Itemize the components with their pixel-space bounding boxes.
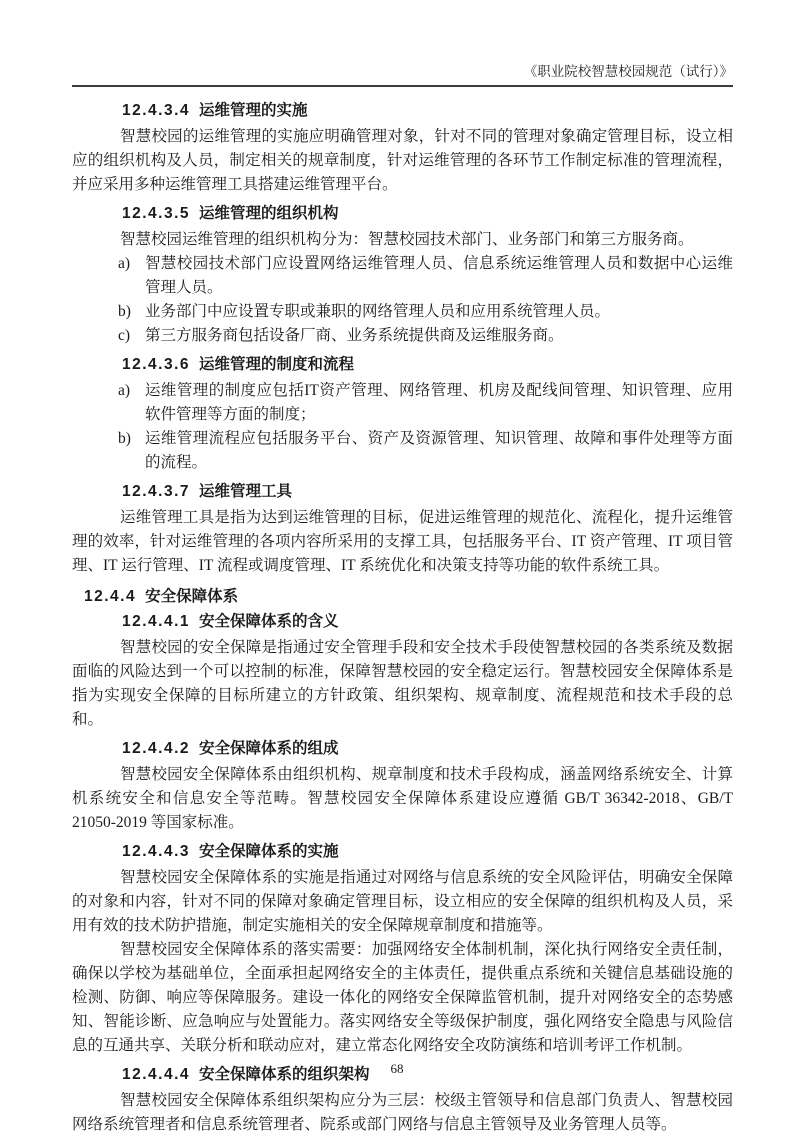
section-heading-12-4-4-1: 12.4.4.1安全保障体系的含义 [122,613,733,630]
section-number: 12.4.4.1 [122,613,190,630]
section-heading-12-4-3-5: 12.4.3.5运维管理的组织机构 [122,205,733,222]
section-number: 12.4.3.7 [122,483,190,500]
section-number: 12.4.4.3 [122,843,190,860]
paragraph: 智慧校园运维管理的组织机构分为：智慧校园技术部门、业务部门和第三方服务商。 [72,228,733,252]
list-marker: c) [118,324,145,348]
list-item: a) 智慧校园技术部门应设置网络运维管理人员、信息系统运维管理人员和数据中心运维… [118,252,733,300]
section-title: 安全保障体系的组成 [199,740,339,757]
section-title: 安全保障体系的实施 [199,843,339,860]
section-number: 12.4.3.4 [122,102,190,119]
paragraph: 智慧校园安全保障体系由组织机构、规章制度和技术手段构成，涵盖网络系统安全、计算机… [72,763,733,835]
section-heading-12-4-3-4: 12.4.3.4运维管理的实施 [122,102,733,119]
paragraph: 智慧校园的运维管理的实施应明确管理对象，针对不同的管理对象确定管理目标，设立相应… [72,125,733,197]
lettered-list: a) 运维管理的制度应包括IT资产管理、网络管理、机房及配线间管理、知识管理、应… [118,379,733,475]
list-item: c) 第三方服务商包括设备厂商、业务系统提供商及运维服务商。 [118,324,733,348]
list-item-text: 第三方服务商包括设备厂商、业务系统提供商及运维服务商。 [145,324,733,348]
section-number: 12.4.4 [84,588,136,605]
list-item: a) 运维管理的制度应包括IT资产管理、网络管理、机房及配线间管理、知识管理、应… [118,379,733,427]
section-title: 运维管理工具 [199,483,292,500]
section-title: 安全保障体系 [145,588,238,605]
list-marker: a) [118,252,145,300]
section-number: 12.4.4.2 [122,740,190,757]
paragraph: 智慧校园安全保障体系的实施是指通过对网络与信息系统的安全风险评估，明确安全保障的… [72,866,733,938]
list-marker: b) [118,300,145,324]
paragraph: 智慧校园安全保障体系的落实需要：加强网络安全体制机制，深化执行网络安全责任制，确… [72,938,733,1058]
page-footer: 68 [0,1061,794,1077]
page-body: 12.4.3.4运维管理的实施 智慧校园的运维管理的实施应明确管理对象，针对不同… [72,94,733,1131]
list-marker: a) [118,379,145,427]
list-marker: b) [118,427,145,475]
paragraph: 运维管理工具是指为达到运维管理的目标，促进运维管理的规范化、流程化，提升运维管理… [72,506,733,578]
section-title: 运维管理的组织机构 [199,205,339,222]
list-item: b) 运维管理流程应包括服务平台、资产及资源管理、知识管理、故障和事件处理等方面… [118,427,733,475]
paragraph: 智慧校园的安全保障是指通过安全管理手段和安全技术手段使智慧校园的各类系统及数据面… [72,636,733,732]
lettered-list: a) 智慧校园技术部门应设置网络运维管理人员、信息系统运维管理人员和数据中心运维… [118,252,733,348]
list-item-text: 业务部门中应设置专职或兼职的网络管理人员和应用系统管理人员。 [145,300,733,324]
section-title: 运维管理的实施 [199,102,308,119]
list-item-text: 运维管理流程应包括服务平台、资产及资源管理、知识管理、故障和事件处理等方面的流程… [145,427,733,475]
paragraph: 智慧校园安全保障体系组织架构应分为三层：校级主管领导和信息部门负责人、智慧校园网… [72,1089,733,1131]
list-item-text: 运维管理的制度应包括IT资产管理、网络管理、机房及配线间管理、知识管理、应用软件… [145,379,733,427]
list-item-text: 智慧校园技术部门应设置网络运维管理人员、信息系统运维管理人员和数据中心运维管理人… [145,252,733,300]
section-heading-12-4-4: 12.4.4安全保障体系 [84,588,733,605]
page-header: 《职业院校智慧校园规范（试行）》 [72,63,733,87]
section-heading-12-4-3-6: 12.4.3.6运维管理的制度和流程 [122,356,733,373]
page-number: 68 [391,1061,404,1076]
section-number: 12.4.3.6 [122,356,190,373]
section-title: 运维管理的制度和流程 [199,356,354,373]
section-heading-12-4-4-3: 12.4.4.3安全保障体系的实施 [122,843,733,860]
section-title: 安全保障体系的含义 [199,613,339,630]
section-heading-12-4-4-2: 12.4.4.2安全保障体系的组成 [122,740,733,757]
document-title: 《职业院校智慧校园规范（试行）》 [524,64,733,79]
document-page: 《职业院校智慧校园规范（试行）》 12.4.3.4运维管理的实施 智慧校园的运维… [0,0,800,1131]
section-heading-12-4-3-7: 12.4.3.7运维管理工具 [122,483,733,500]
list-item: b) 业务部门中应设置专职或兼职的网络管理人员和应用系统管理人员。 [118,300,733,324]
section-number: 12.4.3.5 [122,205,190,222]
